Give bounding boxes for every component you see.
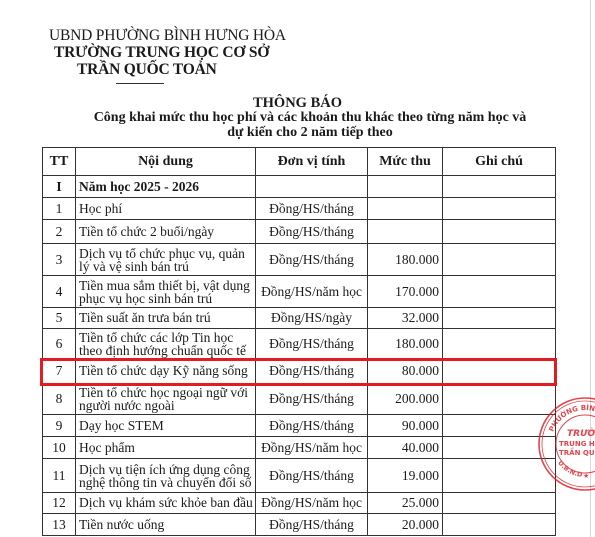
row-content: Học phẩm [76,437,256,459]
row-note [443,329,556,359]
row-unit: Đồng/HS/tháng [256,220,368,244]
row-unit: Đồng/HS/năm học [256,276,368,308]
row-number: 13 [43,514,76,536]
svg-text:U.B.N.D: U.B.N.D [556,459,583,479]
row-content: Tiền tổ chức dạy Kỹ năng sống [76,359,256,384]
row-number: 5 [43,308,76,329]
row-number: 1 [43,198,76,220]
row-unit: Đồng/HS/tháng [256,384,368,415]
column-header-amount: Mức thu [368,148,443,176]
column-header-note: Ghi chú [443,148,556,176]
row-amount: 25.000 [368,493,443,514]
row-amount: 180.000 [368,244,443,276]
row-number: 3 [43,244,76,276]
header-underline [116,83,164,84]
row-number: 11 [43,459,76,493]
row-amount: 80.000 [368,359,443,384]
notice-subtitle-line1: Công khai mức thu học phí và các khoản t… [0,110,595,126]
row-amount: 32.000 [368,308,443,329]
row-unit: Đồng/HS/năm học [256,493,368,514]
table-row: 8Tiền tổ chức học ngoại ngữ với người nư… [43,384,556,415]
table-row: 6Tiền tổ chức các lớp Tin học theo định … [43,329,556,359]
section-row: I Năm học 2025 - 2026 [43,176,556,198]
section-title: Năm học 2025 - 2026 [76,176,256,198]
row-unit: Đồng/HS/ngày [256,308,368,329]
table-row: 10Học phẩmĐồng/HS/năm học40.000 [43,437,556,459]
row-note [443,437,556,459]
row-content: Dịch vụ tiện ích ứng dụng công nghệ thôn… [76,459,256,493]
page-edge-divider [590,0,591,537]
row-amount [368,220,443,244]
row-note [443,220,556,244]
school-name-line1: TRƯỜNG TRUNG HỌC CƠ SỞ [54,44,269,61]
row-content: Tiền tổ chức các lớp Tin học theo định h… [76,329,256,359]
svg-text:★: ★ [583,472,589,480]
table-row: 4Tiền mua sắm thiết bị, vật dụng phục vụ… [43,276,556,308]
row-note [443,198,556,220]
table-row: 3Dịch vụ tổ chức phục vụ, quản lý và vệ … [43,244,556,276]
school-name-line2: TRẦN QUỐC TOẢN [77,61,217,78]
row-number: 8 [43,384,76,415]
row-note [443,493,556,514]
table-row: 2Tiền tổ chức 2 buổi/ngàyĐồng/HS/tháng [43,220,556,244]
row-note [443,244,556,276]
row-unit: Đồng/HS/tháng [256,198,368,220]
row-note [443,308,556,329]
row-content: Dịch vụ khám sức khỏe ban đầu [76,493,256,514]
row-unit: Đồng/HS/tháng [256,459,368,493]
row-content: Tiền suất ăn trưa bán trú [76,308,256,329]
table-header-row: TT Nội dung Đơn vị tính Mức thu Ghi chú [43,148,556,176]
table-row: 5Tiền suất ăn trưa bán trúĐồng/HS/ngày32… [43,308,556,329]
table-row: 9Dạy học STEMĐồng/HS/tháng90.000 [43,415,556,437]
row-amount [368,198,443,220]
row-amount: 170.000 [368,276,443,308]
row-number: 12 [43,493,76,514]
section-number: I [43,176,76,198]
row-number: 9 [43,415,76,437]
organization-name: UBND PHƯỜNG BÌNH HƯNG HÒA [49,27,286,44]
row-amount: 90.000 [368,415,443,437]
table-row: 11Dịch vụ tiện ích ứng dụng công nghệ th… [43,459,556,493]
table-row: 7Tiền tổ chức dạy Kỹ năng sốngĐồng/HS/th… [43,359,556,384]
row-note [443,459,556,493]
row-unit: Đồng/HS/tháng [256,244,368,276]
notice-subtitle-line2: dự kiến cho 2 năm tiếp theo [0,125,595,141]
row-amount: 19.000 [368,459,443,493]
row-amount: 180.000 [368,329,443,359]
row-amount: 40.000 [368,437,443,459]
row-number: 6 [43,329,76,359]
row-content: Dạy học STEM [76,415,256,437]
row-note [443,384,556,415]
row-content: Tiền mua sắm thiết bị, vật dụng phục vụ … [76,276,256,308]
row-content: Tiền tổ chức học ngoại ngữ với người nướ… [76,384,256,415]
row-amount: 200.000 [368,384,443,415]
row-note [443,359,556,384]
row-note [443,514,556,536]
row-number: 10 [43,437,76,459]
table-row: 13Tiền nước uốngĐồng/HS/tháng20.000 [43,514,556,536]
row-unit: Đồng/HS/tháng [256,514,368,536]
row-unit: Đồng/HS/tháng [256,359,368,384]
row-number: 7 [43,359,76,384]
row-number: 2 [43,220,76,244]
row-content: Dịch vụ tổ chức phục vụ, quản lý và vệ s… [76,244,256,276]
row-note [443,415,556,437]
column-header-content: Nội dung [76,148,256,176]
column-header-tt: TT [43,148,76,176]
table-row: 1Học phíĐồng/HS/tháng [43,198,556,220]
row-content: Học phí [76,198,256,220]
fee-table: TT Nội dung Đơn vị tính Mức thu Ghi chú … [42,147,556,536]
row-note [443,276,556,308]
row-unit: Đồng/HS/tháng [256,329,368,359]
row-number: 4 [43,276,76,308]
table-row: 12Dịch vụ khám sức khỏe ban đầuĐồng/HS/n… [43,493,556,514]
row-content: Tiền tổ chức 2 buổi/ngày [76,220,256,244]
row-unit: Đồng/HS/tháng [256,415,368,437]
column-header-unit: Đơn vị tính [256,148,368,176]
row-unit: Đồng/HS/năm học [256,437,368,459]
row-content: Tiền nước uống [76,514,256,536]
row-amount: 20.000 [368,514,443,536]
